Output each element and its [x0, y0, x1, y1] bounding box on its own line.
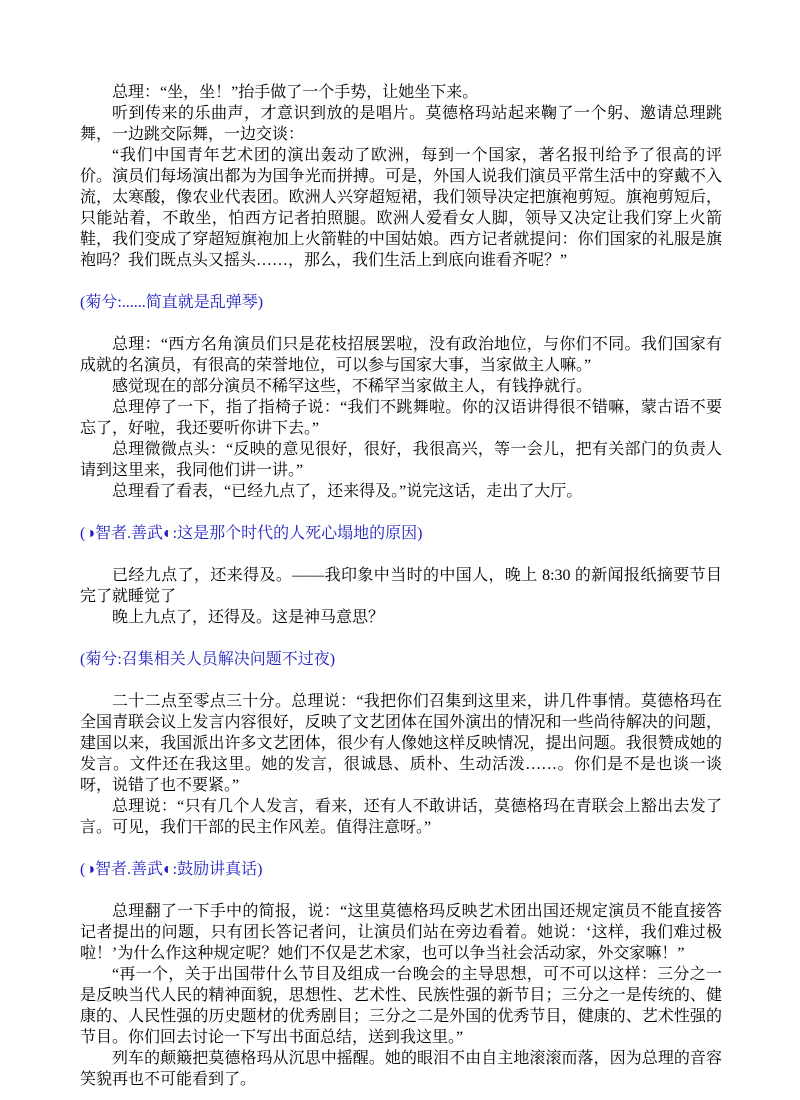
document-body: 总理：“坐，坐！”抬手做了一个手势，让她坐下来。听到传来的乐曲声，才意识到放的是…	[80, 82, 722, 1090]
paragraph: 感觉现在的部分演员不稀罕这些，不稀罕当家做主人，有钱挣就行。	[80, 376, 722, 397]
paragraph: 总理：“西方名角演员们只是花枝招展罢啦，没有政治地位，与你们不同。我们国家有成就…	[80, 334, 722, 376]
reader-annotation: (菊兮:召集相关人员解决问题不过夜)	[80, 649, 722, 670]
paragraph: 总理微微点头：“反映的意见很好，很好，我很高兴，等一会儿，把有关部门的负责人请到…	[80, 439, 722, 481]
paragraph: 晚上九点了，还得及。这是神马意思？	[80, 607, 722, 628]
paragraph: 列车的颠簸把莫德格玛从沉思中摇醒。她的眼泪不由自主地滚滚而落，因为总理的音容笑貌…	[80, 1048, 722, 1090]
reader-annotation: (菊兮:......简直就是乱弹琴)	[80, 292, 722, 313]
paragraph: 总理翻了一下手中的简报，说：“这里莫德格玛反映艺术团出国还规定演员不能直接答记者…	[80, 901, 722, 964]
paragraph: 听到传来的乐曲声，才意识到放的是唱片。莫德格玛站起来鞠了一个躬、邀请总理跳舞，一…	[80, 103, 722, 145]
paragraph: 总理：“坐，坐！”抬手做了一个手势，让她坐下来。	[80, 82, 722, 103]
reader-annotation: (◑智者.善武◐:这是那个时代的人死心塌地的原因)	[80, 523, 722, 544]
paragraph: 总理停了一下，指了指椅子说：“我们不跳舞啦。你的汉语讲得很不错嘛，蒙古语不要忘了…	[80, 397, 722, 439]
document-page: 总理：“坐，坐！”抬手做了一个手势，让她坐下来。听到传来的乐曲声，才意识到放的是…	[0, 0, 800, 1100]
paragraph: 总理说：“只有几个人发言，看来，还有人不敢讲话，莫德格玛在青联会上豁出去发了言。…	[80, 796, 722, 838]
paragraph: “再一个，关于出国带什么节目及组成一台晚会的主导思想，可不可以这样：三分之一是反…	[80, 964, 722, 1048]
paragraph: “我们中国青年艺术团的演出轰动了欧洲，每到一个国家，著名报刊给予了很高的评价。演…	[80, 145, 722, 271]
paragraph: 已经九点了，还来得及。——我印象中当时的中国人，晚上 8:30 的新闻报纸摘要节…	[80, 565, 722, 607]
paragraph: 二十二点至零点三十分。总理说：“我把你们召集到这里来，讲几件事情。莫德格玛在全国…	[80, 691, 722, 796]
paragraph: 总理看了看表，“已经九点了，还来得及。”说完这话，走出了大厅。	[80, 481, 722, 502]
reader-annotation: (◑智者.善武◐:鼓励讲真话)	[80, 859, 722, 880]
